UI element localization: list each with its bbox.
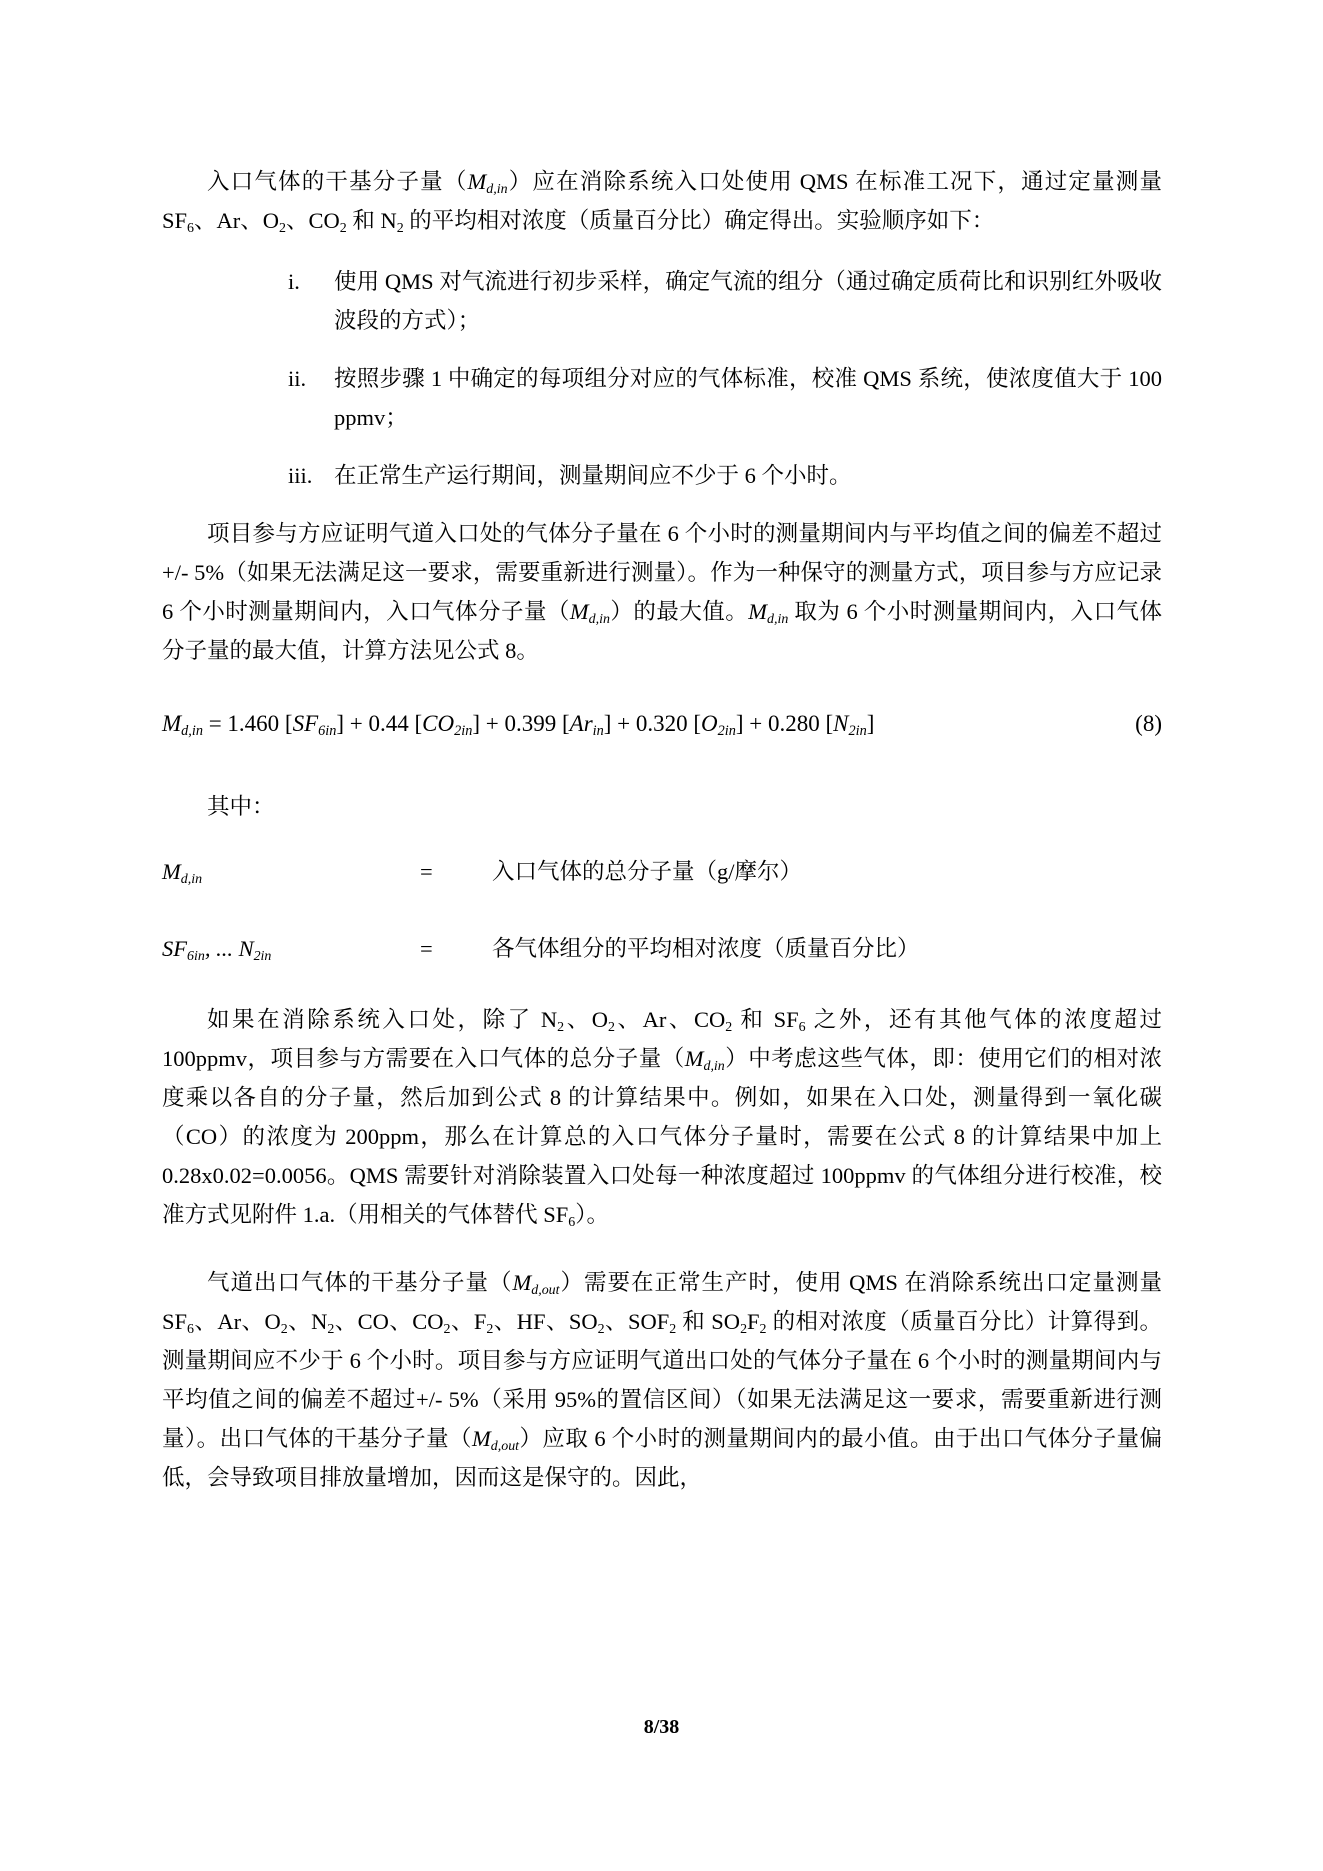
paragraph-other-gases: 如果在消除系统入口处，除了 N2、O2、Ar、CO2 和 SF6 之外，还有其他… xyxy=(162,1000,1162,1234)
paragraph-outlet: 气道出口气体的干基分子量（Md,out）需要在正常生产时，使用 QMS 在消除系… xyxy=(162,1263,1162,1497)
page-number: 8/38 xyxy=(0,1714,1323,1740)
list-item-text: 按照步骤 1 中确定的每项组分对应的气体标准，校准 QMS 系统，使浓度值大于 … xyxy=(334,366,1162,430)
document-body: 入口气体的干基分子量（Md,in）应在消除系统入口处使用 QMS 在标准工况下，… xyxy=(162,162,1162,1497)
paragraph-intro: 入口气体的干基分子量（Md,in）应在消除系统入口处使用 QMS 在标准工况下，… xyxy=(162,162,1162,240)
definition-term: SF6in, ... N2in xyxy=(162,929,420,968)
definition-row: Md,in = 入口气体的总分子量（g/摩尔） xyxy=(162,852,1162,891)
procedure-list: i. 使用 QMS 对气流进行初步采样，确定气流的组分（通过确定质荷比和识别红外… xyxy=(162,262,1162,495)
list-item-number: i. xyxy=(288,262,332,301)
definition-row: SF6in, ... N2in = 各气体组分的平均相对浓度（质量百分比） xyxy=(162,929,1162,968)
equation-8: Md,in = 1.460 [SF6in] + 0.44 [CO2in] + 0… xyxy=(162,704,1162,743)
list-item: iii. 在正常生产运行期间，测量期间应不少于 6 个小时。 xyxy=(162,456,1162,495)
list-item-number: iii. xyxy=(288,456,332,495)
list-item: i. 使用 QMS 对气流进行初步采样，确定气流的组分（通过确定质荷比和识别红外… xyxy=(162,262,1162,340)
where-label: 其中： xyxy=(162,787,1162,826)
definition-description: 入口气体的总分子量（g/摩尔） xyxy=(492,852,1162,891)
list-item-number: ii. xyxy=(288,359,332,398)
equals-sign: = xyxy=(420,929,492,968)
equals-sign: = xyxy=(420,852,492,891)
equation-expression: Md,in = 1.460 [SF6in] + 0.44 [CO2in] + 0… xyxy=(162,704,1115,743)
definition-description: 各气体组分的平均相对浓度（质量百分比） xyxy=(492,929,1162,968)
variable-definitions: Md,in = 入口气体的总分子量（g/摩尔） SF6in, ... N2in … xyxy=(162,852,1162,968)
definition-term: Md,in xyxy=(162,852,420,891)
list-item: ii. 按照步骤 1 中确定的每项组分对应的气体标准，校准 QMS 系统，使浓度… xyxy=(162,359,1162,437)
document-page: 入口气体的干基分子量（Md,in）应在消除系统入口处使用 QMS 在标准工况下，… xyxy=(0,0,1323,1871)
list-item-text: 在正常生产运行期间，测量期间应不少于 6 个小时。 xyxy=(334,463,852,488)
paragraph-requirements: 项目参与方应证明气道入口处的气体分子量在 6 个小时的测量期间内与平均值之间的偏… xyxy=(162,514,1162,670)
list-item-text: 使用 QMS 对气流进行初步采样，确定气流的组分（通过确定质荷比和识别红外吸收波… xyxy=(334,269,1162,333)
equation-number: (8) xyxy=(1115,704,1162,743)
